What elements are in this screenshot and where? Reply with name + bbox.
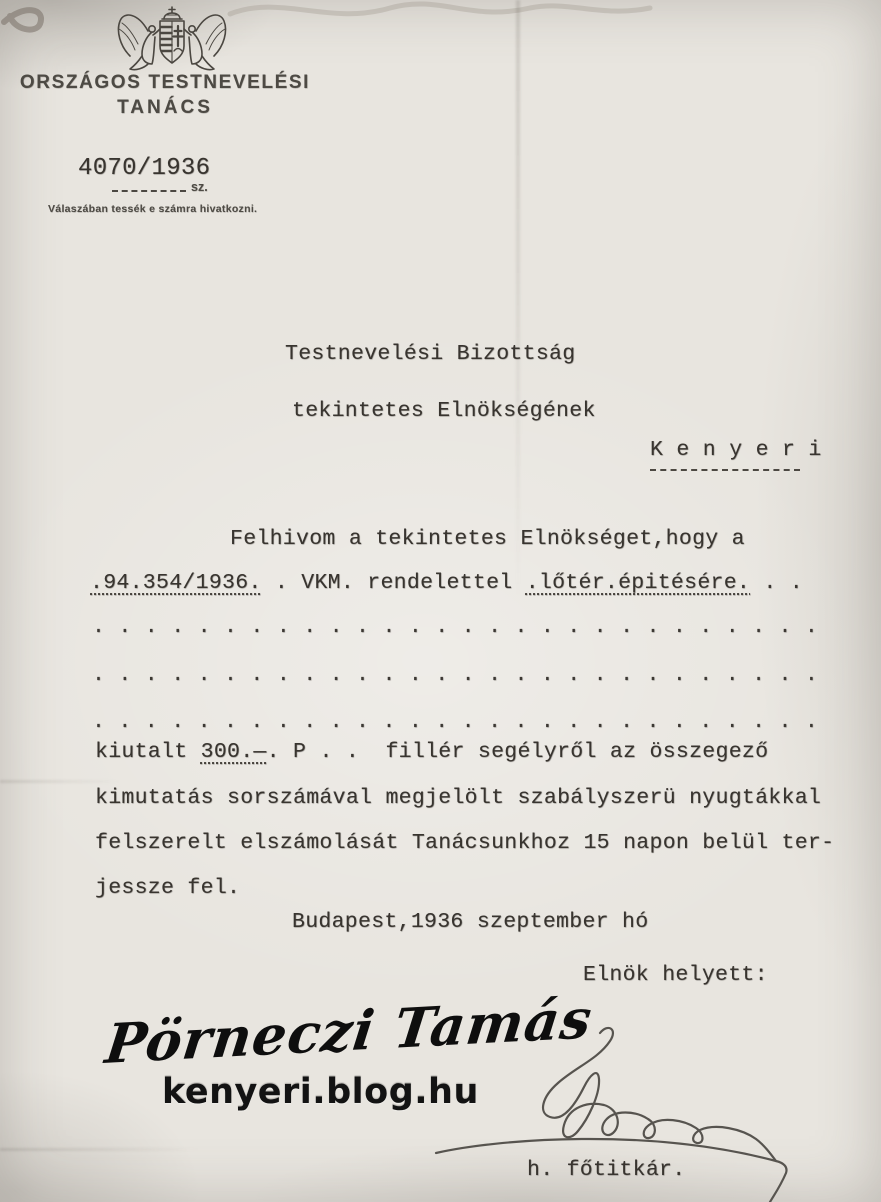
recipient-line1: Testnevelési Bizottság xyxy=(285,342,575,366)
blank-dots-row-1: . . . . . . . . . . . . . . . . . . . . … xyxy=(92,615,818,639)
body-decree-line: .94.354/1936. . VKM. rendelettel .lőtér.… xyxy=(90,571,803,595)
dateline: Budapest,1936 szeptember hó xyxy=(292,910,648,934)
scanned-letter: ORSZÁGOS TESTNEVELÉSI TANÁCS 4070/1936 s… xyxy=(0,0,881,1202)
decree-purpose-blank: .lőtér.épitésére. xyxy=(526,571,750,595)
reference-note: Válaszában tessék e számra hivatkozni. xyxy=(48,203,257,215)
blank-dots-row-3: . . . . . . . . . . . . . . . . . . . . … xyxy=(92,710,818,734)
body-amount-line: kiutalt 300.—. P . . fillér segélyről az… xyxy=(95,740,768,764)
amount-suffix: . P . . fillér segélyről az összegező xyxy=(267,740,769,764)
fold-crease-left xyxy=(0,780,120,783)
reference-number: 4070/1936 xyxy=(78,155,210,182)
reference-suffix: sz. xyxy=(191,180,208,194)
recipient-line2: tekintetes Elnökségének xyxy=(292,399,596,423)
recipient-place: K e n y e r i xyxy=(650,438,822,462)
fold-crease-vertical xyxy=(516,0,520,600)
blank-dots-row-2: . . . . . . . . . . . . . . . . . . . . … xyxy=(92,663,818,687)
amount-prefix: kiutalt xyxy=(95,740,201,764)
org-name-line1: ORSZÁGOS TESTNEVELÉSI xyxy=(0,72,330,94)
recipient-place-underline xyxy=(650,469,800,471)
body-opening-line: Felhivom a tekintetes Elnökséget,hogy a xyxy=(230,527,745,551)
reference-dash-line xyxy=(112,190,186,192)
signoff: Elnök helyett: xyxy=(583,963,768,987)
decree-trailing-dots: . . xyxy=(750,571,803,595)
body-continuation-line3: jessze fel. xyxy=(95,876,240,900)
body-continuation-line1: kimutatás sorszámával megjelölt szabálys… xyxy=(95,786,821,810)
decree-number-blank: .94.354/1936. xyxy=(90,571,262,595)
org-name-line2: TANÁCS xyxy=(0,97,330,119)
decree-middle-text: . VKM. rendelettel xyxy=(262,571,526,595)
signer-title: h. főtitkár. xyxy=(527,1158,685,1182)
body-continuation-line2: felszerelt elszámolását Tanácsunkhoz 15 … xyxy=(95,831,834,855)
fold-crease-bottom-left xyxy=(0,1148,200,1151)
bleed-through-handwriting xyxy=(0,0,700,40)
amount-value: 300.— xyxy=(201,740,267,764)
